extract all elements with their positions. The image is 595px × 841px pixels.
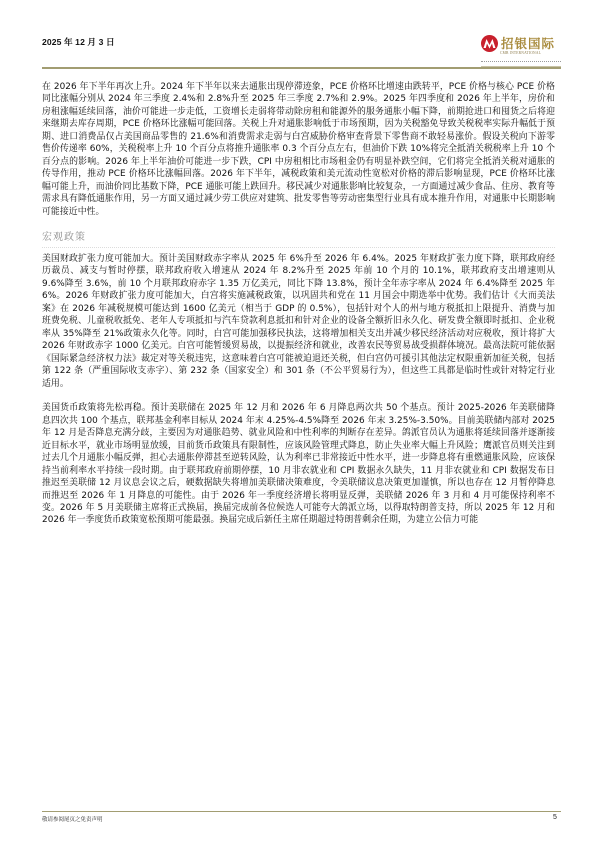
logo-mark-icon: [481, 35, 498, 52]
footer-disclaimer: 敬请参阅尾页之免责声明: [42, 815, 103, 823]
paragraph-inflation: 在 2026 年下半年再次上升。2024 年下半年以来去通胀出现停滞迹象，PCE…: [42, 81, 555, 218]
logo-en-name: CMB INTERNATIONAL: [500, 51, 541, 55]
section-heading-macro-policy: 宏观政策: [42, 231, 555, 247]
logo-tagline-dots: [481, 61, 561, 64]
footer-rule: [42, 811, 561, 812]
section-divider: [42, 247, 555, 248]
paragraph-fiscal-policy: 美国财政扩张力度可能加大。预计美国财政赤字率从 2025 年 6%升至 2026…: [42, 253, 555, 390]
report-date: 2025 年 12 月 3 日: [42, 36, 115, 48]
logo-tagline: [481, 60, 561, 66]
report-body: 在 2026 年下半年再次上升。2024 年下半年以来去通胀出现停滞迹象，PCE…: [42, 81, 555, 527]
header-rule: [42, 67, 561, 69]
logo-cn-name: 招银国际: [501, 34, 555, 52]
page-number: 5: [553, 814, 557, 821]
paragraph-monetary-policy: 美国货币政策将先松再稳。预计美联储在 2025 年 12 月和 2026 年 6…: [42, 402, 555, 527]
company-logo: 招银国际 CMB INTERNATIONAL: [481, 34, 561, 70]
